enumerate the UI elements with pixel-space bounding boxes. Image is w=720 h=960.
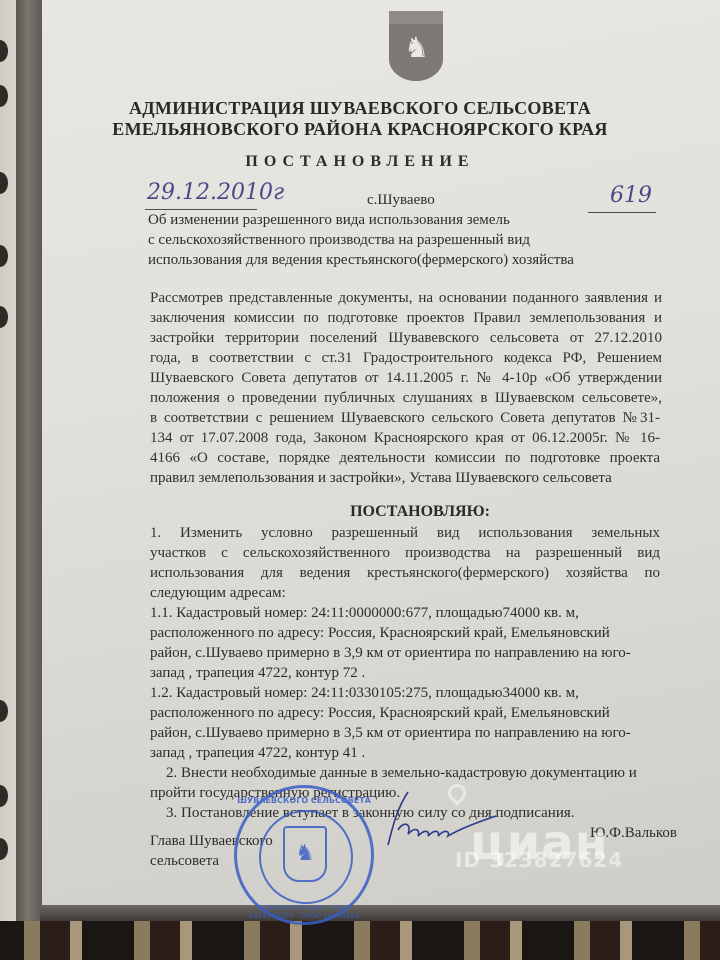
- document-content: ♞ АДМИНИСТРАЦИЯ ШУВАЕВСКОГО СЕЛЬСОВЕТА Е…: [0, 0, 720, 960]
- handwritten-number: 619: [610, 183, 652, 208]
- preamble-line: застройки территории поселений Шувавевск…: [150, 330, 662, 347]
- stamp-top-text: ШУВАЕВСКОГО СЕЛЬСОВЕТА: [237, 796, 371, 805]
- preamble-line: в соответствии с решением Шуваевского се…: [150, 410, 660, 427]
- lion-icon: ♞: [404, 32, 428, 66]
- item-1-1-line: 1.1. Кадастровый номер: 24:11:0000000:67…: [150, 605, 579, 622]
- document-type-title: ПОСТАНОВЛЕНИЕ: [0, 153, 720, 171]
- item-2-line: 2. Внести необходимые данные в земельно-…: [166, 765, 637, 782]
- item-1-1-line: район, с.Шуваево примерно в 3,9 км от ор…: [150, 645, 631, 662]
- signatory-position: сельсовета: [150, 853, 219, 870]
- watermark-id: ID 323827624: [455, 848, 623, 872]
- preamble-line: положения о проведении публичных слушани…: [150, 390, 662, 407]
- preamble-line: 4166 «О составе, порядке деятельности ко…: [150, 450, 660, 467]
- coat-of-arms-crown: [389, 11, 443, 24]
- handwritten-date: 29.12.2010г: [147, 180, 284, 205]
- item-1-2-line: расположенного по адресу: Россия, Красно…: [150, 705, 610, 722]
- item-1-1-line: расположенного по адресу: Россия, Красно…: [150, 625, 610, 642]
- preamble-line: заключения комиссии по подготовке проект…: [150, 310, 662, 327]
- date-underline: [145, 209, 257, 210]
- item-1-line: участков с сельскохозяйственного произво…: [150, 545, 660, 562]
- item-1-line: следующим адресам:: [150, 585, 286, 602]
- item-1-2-line: район, с.Шуваево примерно в 3,5 км от ор…: [150, 725, 631, 742]
- place-name: с.Шуваево: [367, 192, 435, 209]
- subject-line: с сельскохозяйственного производства на …: [148, 232, 530, 249]
- number-underline: [588, 212, 656, 213]
- header-line-1: АДМИНИСТРАЦИЯ ШУВАЕВСКОГО СЕЛЬСОВЕТА: [0, 98, 720, 119]
- preamble-line: Рассмотрев представленные документы, на …: [150, 290, 662, 307]
- preamble-line: Шуваевского Совета депутатов от 14.11.20…: [150, 370, 662, 387]
- subject-line: использования для ведения крестьянского(…: [148, 252, 574, 269]
- subject-line: Об изменении разрешенного вида использов…: [148, 212, 510, 229]
- stamp-ring-text: АДМИНИСТРАЦИЯ · ИНН 2411003820 · ОКПО 04…: [237, 904, 371, 920]
- stamp-emblem-icon: ♞: [283, 826, 327, 882]
- preamble-line: правил землепользования и застройки», Ус…: [150, 470, 612, 487]
- item-1-1-line: запад , трапеция 4722, контур 72 .: [150, 665, 365, 682]
- item-1-line: 1. Изменить условно разрешенный вид испо…: [150, 525, 660, 542]
- item-1-line: использования для ведения крестьянского(…: [150, 565, 660, 582]
- item-1-2-line: 1.2. Кадастровый номер: 24:11:0330105:27…: [150, 685, 579, 702]
- header-line-2: ЕМЕЛЬЯНОВСКОГО РАЙОНА КРАСНОЯРСКОГО КРАЯ: [0, 119, 720, 140]
- item-1-2-line: запад , трапеция 4722, контур 41 .: [150, 745, 365, 762]
- resolve-heading: ПОСТАНОВЛЯЮ:: [60, 503, 720, 521]
- official-stamp: ШУВАЕВСКОГО СЕЛЬСОВЕТА ♞ АДМИНИСТРАЦИЯ ·…: [234, 785, 374, 925]
- preamble-line: года, в соответствии с ст.31 Градостроит…: [150, 350, 662, 367]
- preamble-line: 134 от 17.07.2008 года, Законом Краснояр…: [150, 430, 660, 447]
